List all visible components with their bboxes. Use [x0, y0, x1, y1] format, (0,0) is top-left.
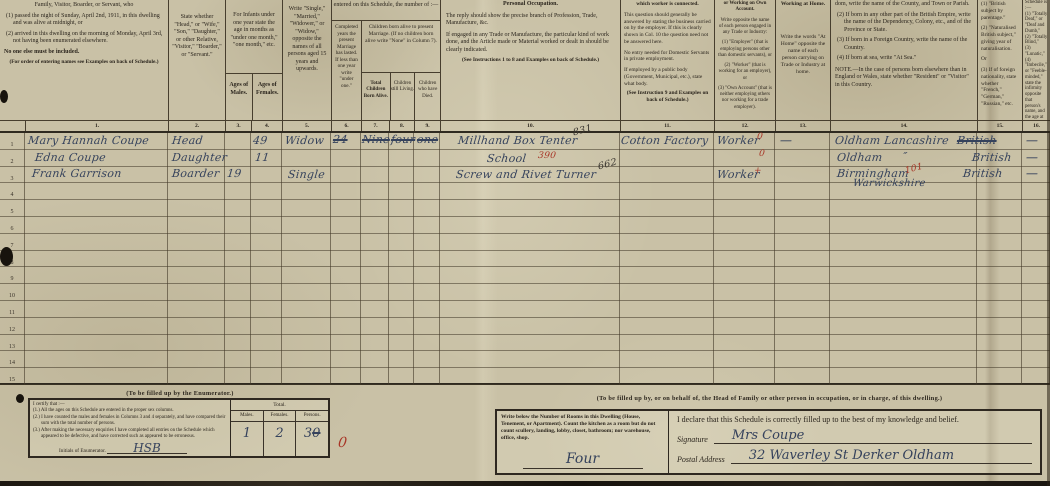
entry-infirmity-row1: —	[1025, 133, 1038, 147]
column-number: 6.	[331, 121, 361, 131]
certify-item3: (3.) After making the necessary enquirie…	[33, 428, 227, 441]
row-number: 5	[0, 205, 24, 215]
row-number: 1	[0, 138, 24, 148]
header-occupation-p1: The reply should show the precise branch…	[446, 13, 615, 28]
entry-age-row3: 19	[226, 167, 242, 180]
column-number: 5.	[282, 121, 331, 131]
entry-occupation-row3: Screw and Rivet Turner	[455, 168, 597, 181]
address-label: Postal Address	[677, 455, 725, 464]
header-children-group-text: Children born alive to present Marriage.…	[362, 21, 440, 73]
census-schedule-scan: Family, Visitor, Boarder, or Servant, wh…	[0, 0, 1050, 486]
table-row: 9	[0, 267, 1050, 284]
table-row: 5	[0, 200, 1050, 217]
row-number: 15	[0, 373, 24, 383]
header-col-occupation: Personal Occupation. The reply should sh…	[440, 0, 620, 120]
row-number: 13	[0, 340, 24, 350]
entry-occupation-row1: Millhand Box Tenter	[457, 134, 578, 147]
header-years-married: Completed years the present Marriage has…	[332, 21, 361, 120]
header-marital-text: Write "Single," "Married," "Widower," or…	[286, 6, 328, 74]
totals-persons-label: Persons.	[295, 411, 328, 421]
signature-value: Mrs Coupe	[714, 428, 1032, 444]
household-section-heading: (To be filled up by, or on behalf of, th…	[497, 395, 1042, 402]
entry-status-mark-row3: +	[753, 166, 762, 176]
header-status-i1: (1) "Employer" (that is employing person…	[718, 40, 772, 59]
entry-relationship-row1: Head	[171, 134, 203, 147]
entry-name-row1: Mary Hannah Coupe	[27, 134, 149, 147]
row-number: 2	[0, 155, 24, 165]
entry-birthplace-row1: Oldham Lancashire	[834, 134, 949, 147]
entry-industry-row1: Cotton Factory	[620, 134, 709, 147]
header-infirmity-tail: state the infirmity opposite that person…	[1025, 81, 1048, 121]
column-number: 4.	[251, 121, 282, 131]
header-col-ages: For Infants under one year state the age…	[225, 0, 282, 120]
enumerator-section-heading: (To be filled up by the Enumerator.)	[30, 390, 330, 397]
header-birthplace-i3: (3) If born in a Foreign Country, write …	[835, 37, 973, 52]
header-status-intro: Write opposite the name of each person e…	[718, 18, 772, 37]
column-number: 2.	[168, 121, 225, 131]
table-body: 123456789101112131415 Mary Hannah Coupe …	[0, 133, 1050, 385]
column-number: 8.	[389, 121, 414, 131]
totals-table: Total. Males. Females. Persons. 1 2 30	[230, 400, 328, 456]
header-nationality-or: Or	[981, 56, 1019, 63]
header-children-born: Total Children Born Alive.	[362, 73, 390, 120]
ink-blot	[0, 90, 8, 103]
header-name-note: No one else must be included.	[4, 49, 164, 57]
column-number: 16.	[1022, 121, 1050, 131]
entry-at-home-row1: —	[779, 133, 792, 147]
header-name-intro: Family, Visitor, Boarder, or Servant, wh…	[4, 2, 164, 10]
persons-struck-digit: 0	[312, 426, 320, 441]
column-number: 10.	[440, 121, 620, 131]
header-athome-body: Write the words "At Home" opposite the n…	[780, 34, 826, 76]
header-birthplace-t: dom, write the name of the County, and T…	[835, 1, 973, 9]
header-nationality-i2: (2) "Naturalised British subject," givin…	[981, 25, 1019, 52]
header-status-i2: (2) "Worker" (that is working for an emp…	[718, 63, 772, 82]
header-industry-title: which worker is connected.	[624, 1, 711, 8]
column-number: 3.	[225, 121, 251, 131]
header-infirmity-i2: (2) "Totally Blind,"	[1025, 35, 1048, 47]
header-col-employment-status: or Working on Own Account. Write opposit…	[714, 0, 775, 120]
row-number: 14	[0, 356, 24, 366]
row-number: 4	[0, 188, 24, 198]
column-number: 15.	[977, 121, 1022, 131]
header-infirmity-i4: (4) "Imbecile," or "Feeble-minded,"	[1025, 58, 1048, 81]
header-col-industry: which worker is connected. This question…	[620, 0, 714, 120]
row-number: 9	[0, 272, 24, 282]
header-occupation-title: Personal Occupation.	[446, 1, 615, 9]
header-children-living: Children still Living.	[390, 73, 415, 120]
ink-blot	[0, 247, 13, 266]
entry-name-row3: Frank Garrison	[31, 167, 122, 180]
entry-nationality-row3: British	[962, 167, 1003, 180]
header-col-birthplace: dom, write the name of the County, and T…	[830, 0, 977, 120]
header-infirmity-i3: (3) "Lunatic,"	[1025, 46, 1048, 58]
bottom-section: (To be filled up by the Enumerator.) I c…	[0, 385, 1050, 486]
column-number	[0, 121, 25, 131]
header-name-footnote: (For order of entering names see Example…	[4, 59, 164, 66]
totals-males-label: Males.	[231, 411, 263, 421]
column-number: 9.	[414, 121, 440, 131]
entry-years-married-struck-row1: 24	[332, 133, 348, 146]
certify-item2: (2.) I have counted the males and female…	[33, 415, 227, 428]
entry-age-row2: 11	[254, 151, 270, 164]
totals-header: Total.	[231, 400, 328, 411]
entry-nationality-struck-row1: British	[956, 134, 997, 147]
household-box: Write below the Number of Rooms in this …	[495, 409, 1042, 475]
signature-label: Signature	[677, 435, 708, 444]
entry-status-code-row2: 0	[758, 149, 765, 159]
header-birthplace-i2: (2) If born in any other part of the Bri…	[835, 12, 973, 35]
column-number: 14.	[830, 121, 977, 131]
row-number: 3	[0, 172, 24, 182]
ink-blot	[16, 394, 24, 403]
row-number: 6	[0, 222, 24, 232]
entry-children-born-struck-row1: Nine	[361, 133, 390, 146]
table-header: Family, Visitor, Boarder, or Servant, wh…	[0, 0, 1050, 120]
declaration-cell: I declare that this Schedule is correctl…	[669, 411, 1040, 473]
header-nationality-i1: (1) "British subject by parentage."	[981, 1, 1019, 21]
entry-children-living-struck-row1: four	[390, 133, 416, 146]
enumerator-certification: I certify that :— (1.) All the ages on t…	[30, 400, 230, 456]
entry-status-row1: Worker	[716, 134, 760, 147]
header-relationship-text: State whether "Head," or "Wife," "Son," …	[172, 14, 222, 59]
header-nationality-i3: (3) If of foreign nationality, state whe…	[981, 67, 1019, 108]
table-row: 10	[0, 284, 1050, 301]
header-industry-p2: No entry needed for Domestic Servants in…	[624, 50, 711, 64]
entry-infirmity-row3: —	[1025, 166, 1038, 180]
header-birthplace-i4: (4) If born at sea, write "At Sea."	[835, 55, 973, 63]
header-ages-note: For Infants under one year state the age…	[226, 0, 282, 74]
header-col-marital: Write "Single," "Married," "Widower," or…	[282, 0, 331, 120]
column-number: 1.	[25, 121, 168, 131]
declaration-text: I declare that this Schedule is correctl…	[677, 415, 1032, 424]
header-col-infirmity: Schedule is :— (1) "Totally Deaf," or "D…	[1022, 0, 1050, 120]
row-number: 10	[0, 289, 24, 299]
column-number-strip: 1.2.3.4.5.6.7.8.9.10.11.12.13.14.15.16.	[0, 120, 1050, 133]
totals-males-value: 1	[231, 422, 263, 456]
entry-relationship-row3: Boarder	[171, 167, 220, 180]
entry-birthplace2-row3: Warwickshire	[852, 178, 926, 189]
enumerator-box: I certify that :— (1.) All the ages on t…	[28, 398, 330, 458]
rooms-cell: Write below the Number of Rooms in this …	[497, 411, 669, 473]
header-ages-females: Ages of Females.	[252, 74, 282, 120]
header-children-died: Children who have Died.	[414, 73, 440, 120]
totals-females-label: Females.	[263, 411, 296, 421]
entry-status-code-row1: 0	[756, 132, 763, 142]
enumerator-initials: HSB	[107, 443, 187, 454]
stray-red-zero: 0	[337, 435, 348, 451]
header-col-nationality: (1) "British subject by parentage." (2) …	[977, 0, 1022, 120]
table-row: 15	[0, 368, 1050, 385]
entry-marital-row1: Widow	[284, 134, 325, 147]
column-number: 13.	[775, 121, 830, 131]
header-infirmity-t: Schedule is :—	[1025, 0, 1048, 12]
row-number: 11	[0, 306, 24, 316]
header-col-at-home: Working at Home. Write the words "At Hom…	[775, 0, 830, 120]
table-row: 12	[0, 318, 1050, 335]
table-row: 11	[0, 301, 1050, 318]
entry-infirmity-row2: —	[1025, 150, 1038, 164]
entry-occupation-code-row2: 390	[537, 151, 556, 161]
entry-nationality-row2: British	[971, 151, 1012, 164]
table-row: 14	[0, 351, 1050, 368]
entry-name-row2: Edna Coupe	[34, 151, 106, 164]
header-name-item1: (1) passed the night of Sunday, April 2n…	[4, 13, 164, 28]
table-row: 7	[0, 234, 1050, 251]
entry-relationship-row2: Daughter	[171, 151, 228, 164]
column-number: 11.	[620, 121, 714, 131]
header-col-name: Family, Visitor, Boarder, or Servant, wh…	[0, 0, 168, 120]
header-ages-males: Ages of Males.	[226, 74, 252, 120]
header-occupation-note: (See Instructions 1 to 8 and Examples on…	[446, 57, 615, 64]
column-number: 12.	[714, 121, 775, 131]
entry-occupation-row2: School	[486, 152, 527, 165]
header-status-i3: (3) "Own Account" (that is neither emplo…	[718, 86, 772, 111]
entry-birthplace-row2: Oldham	[836, 151, 883, 164]
table-row: 8	[0, 251, 1050, 268]
header-industry-note: (See Instruction 9 and Examples on back …	[624, 90, 711, 104]
header-industry-p1: This question should generally be answer…	[624, 12, 711, 46]
totals-females-value: 2	[263, 422, 296, 456]
header-status-title: or Working on Own Account.	[718, 1, 772, 14]
totals-persons-value: 30	[295, 422, 328, 456]
entry-age-row1: 49	[252, 134, 268, 147]
table-row: 6	[0, 217, 1050, 234]
address-value: 32 Waverley St Derker Oldham	[731, 448, 1032, 464]
initials-label: Initials of Enumerator.	[59, 448, 106, 454]
column-number: 7.	[361, 121, 389, 131]
entry-marital-row3: Single	[287, 168, 325, 181]
header-name-item2: (2) arrived in this dwelling on the morn…	[4, 31, 164, 46]
scan-bottom-edge	[0, 481, 1050, 486]
header-col-marriage-group: entered on this Schedule, the number of …	[331, 0, 440, 120]
header-occupation-p2: If engaged in any Trade or Manufacture, …	[446, 32, 615, 55]
header-marriage-group-text: entered on this Schedule, the number of …	[332, 0, 440, 21]
header-birthplace-note: NOTE.—In the case of persons born elsewh…	[835, 67, 973, 90]
persons-value: 3	[304, 426, 312, 441]
header-col-relationship: State whether "Head," or "Wife," "Son," …	[168, 0, 225, 120]
rooms-value: Four	[523, 450, 643, 469]
rooms-instructions: Write below the Number of Rooms in this …	[501, 414, 664, 443]
header-athome-title: Working at Home.	[780, 1, 826, 8]
entry-children-died-struck-row1: one	[416, 133, 438, 146]
table-row: 13	[0, 335, 1050, 352]
row-number: 12	[0, 323, 24, 333]
header-infirmity-i1: (1) "Totally Deaf," or "Deaf and Dumb,"	[1025, 12, 1048, 35]
header-industry-p3: If employed by a public body (Government…	[624, 67, 711, 87]
